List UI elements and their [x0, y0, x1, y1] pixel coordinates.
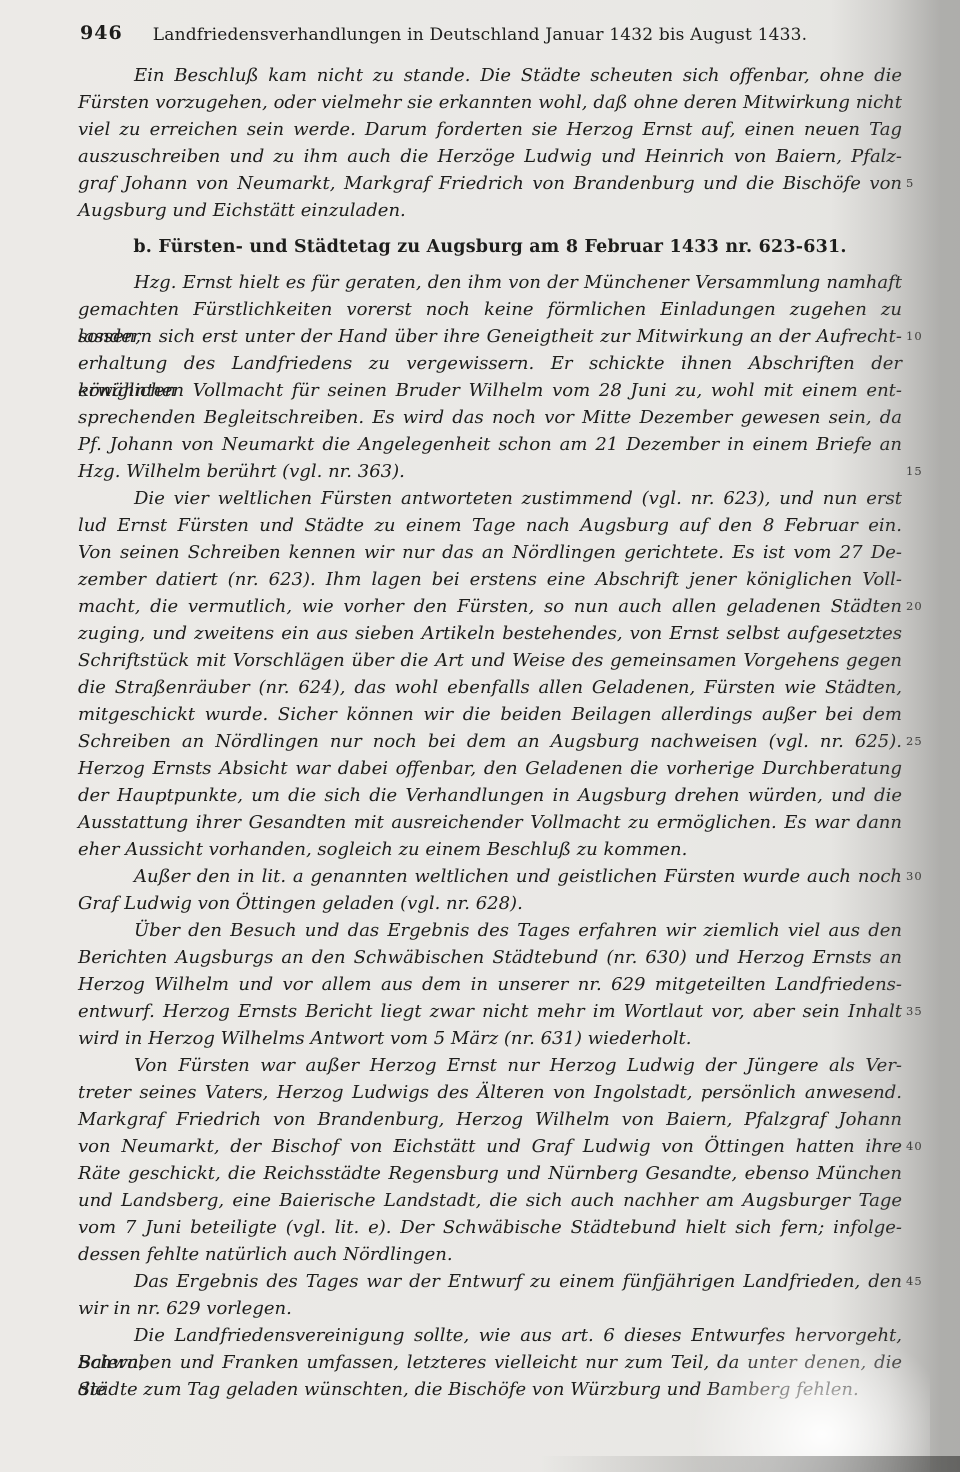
- text-line: macht, die vermutlich, wie vorher den Fü…: [78, 593, 902, 620]
- text-line-content: Berichten Augsburgs an den Schwäbischen …: [78, 947, 902, 968]
- paragraph-group-before-heading: Ein Beschluß kam nicht zu stande. Die St…: [78, 62, 902, 224]
- text-line: von Neumarkt, der Bischof von Eichstätt …: [78, 1133, 902, 1160]
- margin-line-number: 20: [906, 598, 932, 614]
- text-line-content: Städte zum Tag geladen wünschten, die Bi…: [78, 1379, 859, 1400]
- text-line-content: wird in Herzog Wilhelms Antwort vom 5 Mä…: [78, 1028, 691, 1049]
- paragraph-group-after-heading: Hzg. Ernst hielt es für geraten, den ihm…: [78, 269, 902, 1403]
- text-line: Fürsten vorzugehen, oder vielmehr sie er…: [78, 89, 902, 116]
- text-line-content: Räte geschickt, die Reichsstädte Regensb…: [78, 1163, 902, 1184]
- text-line: dessen fehlte natürlich auch Nördlingen.: [78, 1241, 902, 1268]
- text-line: Schriftstück mit Vorschlägen über die Ar…: [78, 647, 902, 674]
- text-line: mitgeschickt wurde. Sicher können wir di…: [78, 701, 902, 728]
- text-line: Schreiben an Nördlingen nur noch bei dem…: [78, 728, 902, 755]
- text-line: lud Ernst Fürsten und Städte zu einem Ta…: [78, 512, 902, 539]
- text-line: und Landsberg, eine Baierische Landstadt…: [78, 1187, 902, 1214]
- text-line-content: Pf. Johann von Neumarkt die Angelegenhei…: [78, 434, 902, 455]
- margin-line-number: 30: [906, 868, 932, 884]
- text-line: Schwaben und Franken umfassen, letzteres…: [78, 1349, 902, 1376]
- text-line: die Straßenräuber (nr. 624), das wohl eb…: [78, 674, 902, 701]
- text-line: wir in nr. 629 vorlegen.: [78, 1295, 902, 1322]
- text-line: Von Fürsten war außer Herzog Ernst nur H…: [78, 1052, 902, 1079]
- margin-line-number: 45: [906, 1273, 932, 1289]
- text-line-content: Herzog Wilhelm und vor allem aus dem in …: [78, 974, 902, 995]
- text-line-content: Schreiben an Nördlingen nur noch bei dem…: [78, 731, 902, 752]
- scanned-page: 946 Landfriedensverhandlungen in Deutsch…: [0, 0, 960, 1472]
- text-line: erhaltung des Landfriedens zu vergewisse…: [78, 350, 902, 377]
- text-line-content: graf Johann von Neumarkt, Markgraf Fried…: [78, 173, 902, 194]
- text-line-content: Herzog Ernsts Absicht war dabei offenbar…: [78, 758, 902, 779]
- text-line-content: Markgraf Friedrich von Brandenburg, Herz…: [78, 1109, 902, 1130]
- text-line: Das Ergebnis des Tages war der Entwurf z…: [78, 1268, 902, 1295]
- text-line: treter seines Vaters, Herzog Ludwigs des…: [78, 1079, 902, 1106]
- text-line: sprechenden Begleitschreiben. Es wird da…: [78, 404, 902, 431]
- text-line: wird in Herzog Wilhelms Antwort vom 5 Mä…: [78, 1025, 902, 1052]
- margin-line-number: 40: [906, 1138, 932, 1154]
- text-line-content: macht, die vermutlich, wie vorher den Fü…: [78, 596, 902, 617]
- page-number: 946: [80, 22, 123, 44]
- text-line: Pf. Johann von Neumarkt die Angelegenhei…: [78, 431, 902, 458]
- text-line: Hzg. Ernst hielt es für geraten, den ihm…: [78, 269, 902, 296]
- page-bottom-edge-shadow: [540, 1456, 960, 1472]
- text-line-content: auszuschreiben und zu ihm auch die Herzö…: [78, 146, 902, 167]
- text-line-content: Schriftstück mit Vorschlägen über die Ar…: [78, 650, 902, 671]
- text-line-content: eher Aussicht vorhanden, sogleich zu ein…: [78, 839, 687, 860]
- text-line-content: zuging, und zweitens ein aus sieben Arti…: [78, 623, 902, 644]
- text-line: graf Johann von Neumarkt, Markgraf Fried…: [78, 170, 902, 197]
- text-line-content: Graf Ludwig von Öttingen geladen (vgl. n…: [78, 893, 523, 914]
- text-line: Über den Besuch und das Ergebnis des Tag…: [78, 917, 902, 944]
- text-line-content: Von Fürsten war außer Herzog Ernst nur H…: [134, 1055, 902, 1076]
- text-line-content: sondern sich erst unter der Hand über ih…: [78, 326, 902, 347]
- text-line-content: entwurf. Herzog Ernsts Bericht liegt zwa…: [78, 1001, 902, 1022]
- text-line: gemachten Fürstlichkeiten vorerst noch k…: [78, 296, 902, 323]
- margin-line-number: 5: [906, 175, 932, 191]
- text-line: zuging, und zweitens ein aus sieben Arti…: [78, 620, 902, 647]
- section-heading: b. Fürsten- und Städtetag zu Augsburg am…: [78, 234, 902, 261]
- text-line-content: Hzg. Wilhelm berührt (vgl. nr. 363).: [78, 461, 405, 482]
- running-header: Landfriedensverhandlungen in Deutschland…: [130, 25, 830, 45]
- text-line: Räte geschickt, die Reichsstädte Regensb…: [78, 1160, 902, 1187]
- text-line: Städte zum Tag geladen wünschten, die Bi…: [78, 1376, 902, 1403]
- text-line: Markgraf Friedrich von Brandenburg, Herz…: [78, 1106, 902, 1133]
- text-line-content: treter seines Vaters, Herzog Ludwigs des…: [78, 1082, 902, 1103]
- text-line-content: Von seinen Schreiben kennen wir nur das …: [78, 542, 902, 563]
- text-line-content: der Hauptpunkte, um die sich die Verhand…: [78, 785, 902, 806]
- text-line: Herzog Ernsts Absicht war dabei offenbar…: [78, 755, 902, 782]
- text-line: Berichten Augsburgs an den Schwäbischen …: [78, 944, 902, 971]
- text-line: Die Landfriedensvereinigung sollte, wie …: [78, 1322, 902, 1349]
- text-line: sondern sich erst unter der Hand über ih…: [78, 323, 902, 350]
- text-line-content: Das Ergebnis des Tages war der Entwurf z…: [134, 1271, 902, 1292]
- text-line: Augsburg und Eichstätt einzuladen.: [78, 197, 902, 224]
- margin-line-number: 25: [906, 733, 932, 749]
- text-line: Ausstattung ihrer Gesandten mit ausreich…: [78, 809, 902, 836]
- text-line-content: Ausstattung ihrer Gesandten mit ausreich…: [78, 812, 902, 833]
- text-line-content: Über den Besuch und das Ergebnis des Tag…: [134, 920, 902, 941]
- margin-line-number: 35: [906, 1003, 932, 1019]
- text-line-content: vom 7 Juni beteiligte (vgl. lit. e). Der…: [78, 1217, 902, 1238]
- margin-line-number: 10: [906, 328, 932, 344]
- text-line: königlichen Vollmacht für seinen Bruder …: [78, 377, 902, 404]
- text-line-content: sprechenden Begleitschreiben. Es wird da…: [78, 407, 902, 428]
- text-line: auszuschreiben und zu ihm auch die Herzö…: [78, 143, 902, 170]
- text-line-content: wir in nr. 629 vorlegen.: [78, 1298, 292, 1319]
- text-line: Von seinen Schreiben kennen wir nur das …: [78, 539, 902, 566]
- text-line-content: Augsburg und Eichstätt einzuladen.: [78, 200, 406, 221]
- text-line: Herzog Wilhelm und vor allem aus dem in …: [78, 971, 902, 998]
- text-line-content: Außer den in lit. a genannten weltlichen…: [134, 866, 902, 887]
- text-line: der Hauptpunkte, um die sich die Verhand…: [78, 782, 902, 809]
- text-line: Graf Ludwig von Öttingen geladen (vgl. n…: [78, 890, 902, 917]
- text-line: Die vier weltlichen Fürsten antworteten …: [78, 485, 902, 512]
- margin-line-number: 15: [906, 463, 932, 479]
- text-line-content: dessen fehlte natürlich auch Nördlingen.: [78, 1244, 453, 1265]
- text-line: vom 7 Juni beteiligte (vgl. lit. e). Der…: [78, 1214, 902, 1241]
- text-line-content: die Straßenräuber (nr. 624), das wohl eb…: [78, 677, 902, 698]
- text-line: viel zu erreichen sein werde. Darum ford…: [78, 116, 902, 143]
- text-line: eher Aussicht vorhanden, sogleich zu ein…: [78, 836, 902, 863]
- text-line-content: mitgeschickt wurde. Sicher können wir di…: [78, 704, 902, 725]
- text-line-content: königlichen Vollmacht für seinen Bruder …: [78, 380, 902, 401]
- text-line-content: Ein Beschluß kam nicht zu stande. Die St…: [134, 65, 902, 86]
- text-line-content: viel zu erreichen sein werde. Darum ford…: [78, 119, 902, 140]
- text-line-content: zember datiert (nr. 623). Ihm lagen bei …: [78, 569, 902, 590]
- text-line: Hzg. Wilhelm berührt (vgl. nr. 363). 15: [78, 458, 902, 485]
- text-line: zember datiert (nr. 623). Ihm lagen bei …: [78, 566, 902, 593]
- text-line-content: und Landsberg, eine Baierische Landstadt…: [78, 1190, 902, 1211]
- text-line: entwurf. Herzog Ernsts Bericht liegt zwa…: [78, 998, 902, 1025]
- text-line: Ein Beschluß kam nicht zu stande. Die St…: [78, 62, 902, 89]
- text-line-content: von Neumarkt, der Bischof von Eichstätt …: [78, 1136, 902, 1157]
- text-line-content: Die vier weltlichen Fürsten antworteten …: [134, 488, 902, 509]
- text-line-content: Fürsten vorzugehen, oder vielmehr sie er…: [78, 92, 902, 113]
- text-line: Außer den in lit. a genannten weltlichen…: [78, 863, 902, 890]
- text-line-content: lud Ernst Fürsten und Städte zu einem Ta…: [78, 515, 902, 536]
- text-block: Ein Beschluß kam nicht zu stande. Die St…: [78, 62, 902, 1403]
- text-line-content: Hzg. Ernst hielt es für geraten, den ihm…: [134, 272, 902, 293]
